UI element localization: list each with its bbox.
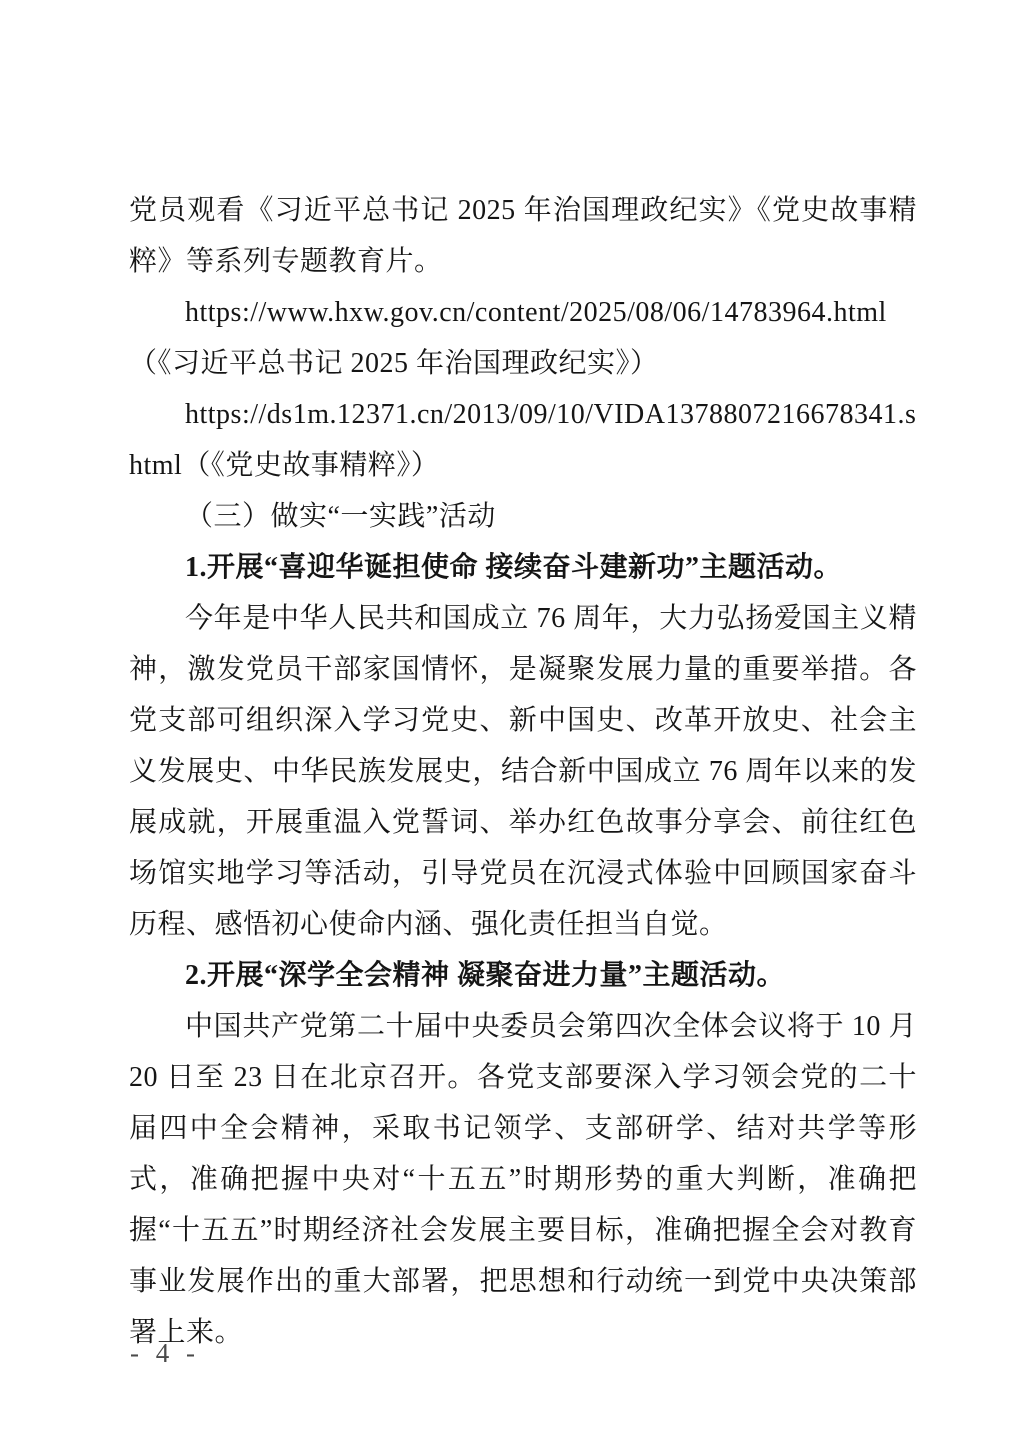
paragraph-continuation: 党员观看《习近平总书记 2025 年治国理政纪实》《党史故事精粹》等系列专题教育… (129, 185, 917, 287)
paragraph-url: https://ds1m.12371.cn/2013/09/10/VIDA137… (129, 389, 917, 491)
paragraph-item-heading: 2.开展“深学全会精神 凝聚奋进力量”主题活动。 (129, 950, 917, 1001)
paragraph-item-heading: 1.开展“喜迎华诞担使命 接续奋斗建新功”主题活动。 (129, 542, 917, 593)
paragraph-body: 今年是中华人民共和国成立 76 周年，大力弘扬爱国主义精神，激发党员干部家国情怀… (129, 593, 917, 950)
document-body: 党员观看《习近平总书记 2025 年治国理政纪实》《党史故事精粹》等系列专题教育… (129, 185, 917, 1358)
paragraph-section-heading: （三）做实“一实践”活动 (129, 491, 917, 542)
page-number: - 4 - (130, 1338, 200, 1369)
document-page: 党员观看《习近平总书记 2025 年治国理政纪实》《党史故事精粹》等系列专题教育… (0, 0, 1024, 1448)
paragraph-body: 中国共产党第二十届中央委员会第四次全体会议将于 10 月 20 日至 23 日在… (129, 1001, 917, 1358)
paragraph-url: https://www.hxw.gov.cn/content/2025/08/0… (129, 287, 917, 389)
